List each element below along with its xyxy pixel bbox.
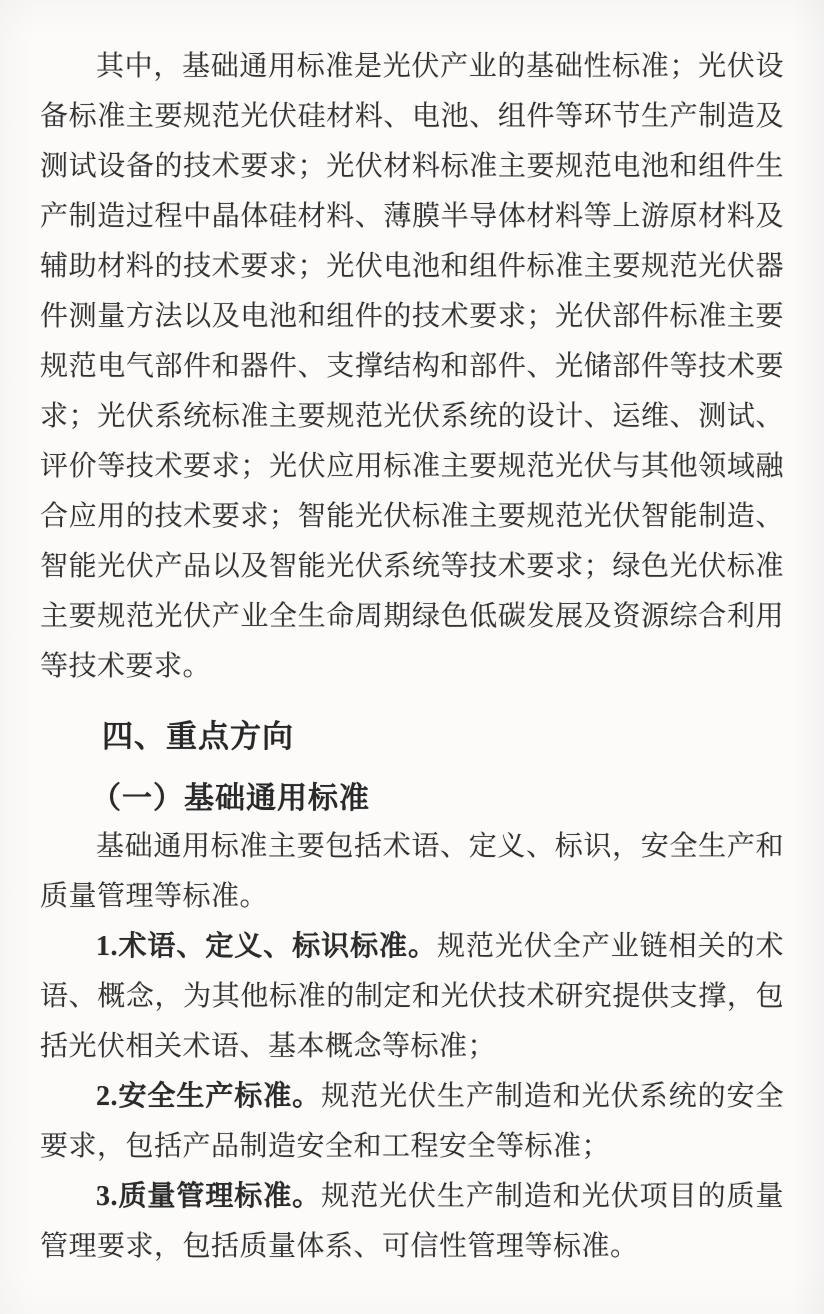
standard-item-3: 3.质量管理标准。规范光伏生产制造和光伏项目的质量管理要求，包括质量体系、可信性… (40, 1172, 784, 1272)
standard-item-1: 1.术语、定义、标识标准。规范光伏全产业链相关的术语、概念，为其他标准的制定和光… (40, 922, 784, 1072)
standard-item-1-lead: 1.术语、定义、标识标准。 (96, 931, 437, 962)
section-heading: 四、重点方向 (40, 714, 784, 760)
standard-item-3-lead: 3.质量管理标准。 (96, 1181, 321, 1212)
subsection-heading: （一）基础通用标准 (40, 776, 784, 822)
overview-paragraph: 其中，基础通用标准是光伏产业的基础性标准；光伏设备标准主要规范光伏硅材料、电池、… (40, 42, 784, 692)
standard-item-2-lead: 2.安全生产标准。 (96, 1081, 321, 1112)
subsection-intro-paragraph: 基础通用标准主要包括术语、定义、标识，安全生产和质量管理等标准。 (40, 822, 784, 922)
standard-item-2: 2.安全生产标准。规范光伏生产制造和光伏系统的安全要求，包括产品制造安全和工程安… (40, 1072, 784, 1172)
document-page: 其中，基础通用标准是光伏产业的基础性标准；光伏设备标准主要规范光伏硅材料、电池、… (0, 0, 824, 1314)
